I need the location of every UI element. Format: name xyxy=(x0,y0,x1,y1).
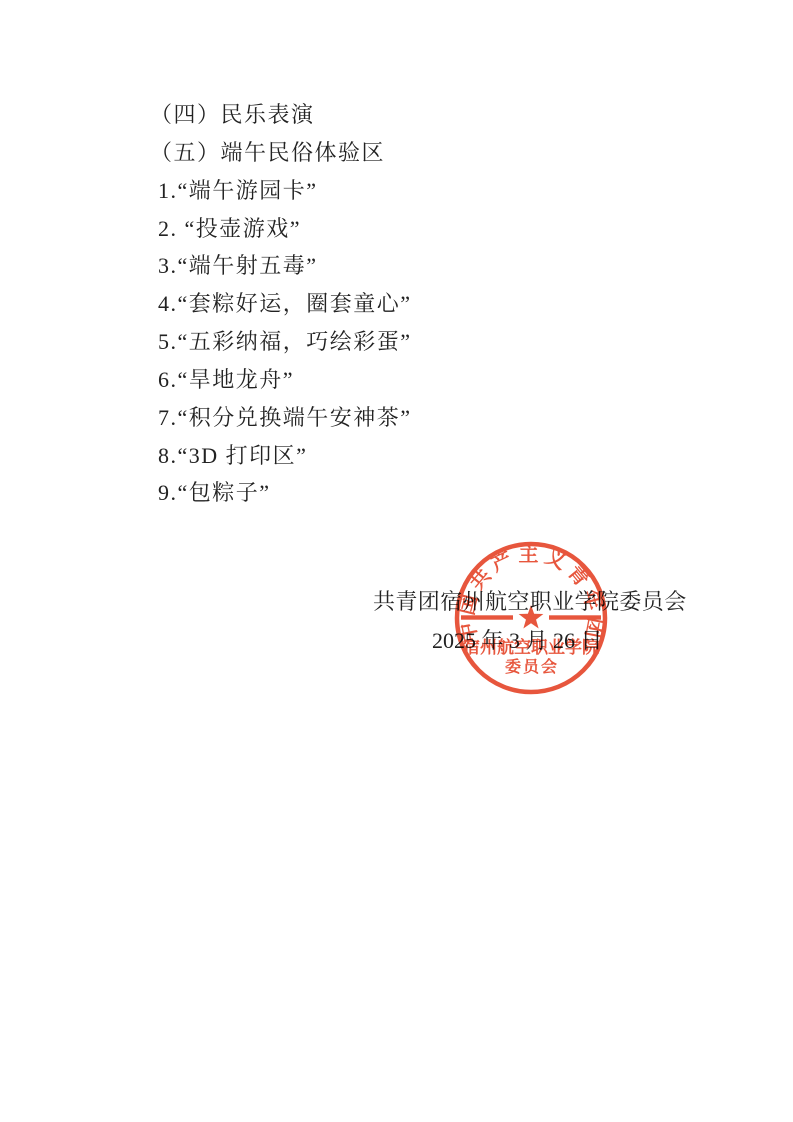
seal-org-line2: 委员会 xyxy=(505,657,559,676)
document-page: （四）民乐表演 （五）端午民俗体验区 1.“端午游园卡” 2. “投壶游戏” 3… xyxy=(0,0,793,1122)
official-seal: 中国共产主义青年团 宿州航空职业学院 委员会 xyxy=(446,533,616,703)
list-item-9: 9.“包粽子” xyxy=(158,480,271,506)
list-item-7: 7.“积分兑换端午安神茶” xyxy=(158,405,412,431)
list-item-3: 3.“端午射五毒” xyxy=(158,253,318,279)
list-item-4: 4.“套粽好运，圈套童心” xyxy=(158,291,412,317)
seal-left-bar xyxy=(461,615,513,619)
list-item-5: 5.“五彩纳福，巧绘彩蛋” xyxy=(158,329,412,355)
seal-arc-text: 中国共产主义青年团 xyxy=(454,543,608,645)
list-item-6: 6.“旱地龙舟” xyxy=(158,367,294,393)
seal-right-bar xyxy=(549,615,601,619)
seal-org-line1: 宿州航空职业学院 xyxy=(463,637,599,657)
list-item-2: 2. “投壶游戏” xyxy=(158,216,301,242)
star-icon xyxy=(519,605,544,629)
list-item-1: 1.“端午游园卡” xyxy=(158,178,318,204)
section-heading-5: （五）端午民俗体验区 xyxy=(150,140,385,166)
list-item-8: 8.“3D 打印区” xyxy=(158,443,307,469)
section-heading-4: （四）民乐表演 xyxy=(150,102,315,128)
